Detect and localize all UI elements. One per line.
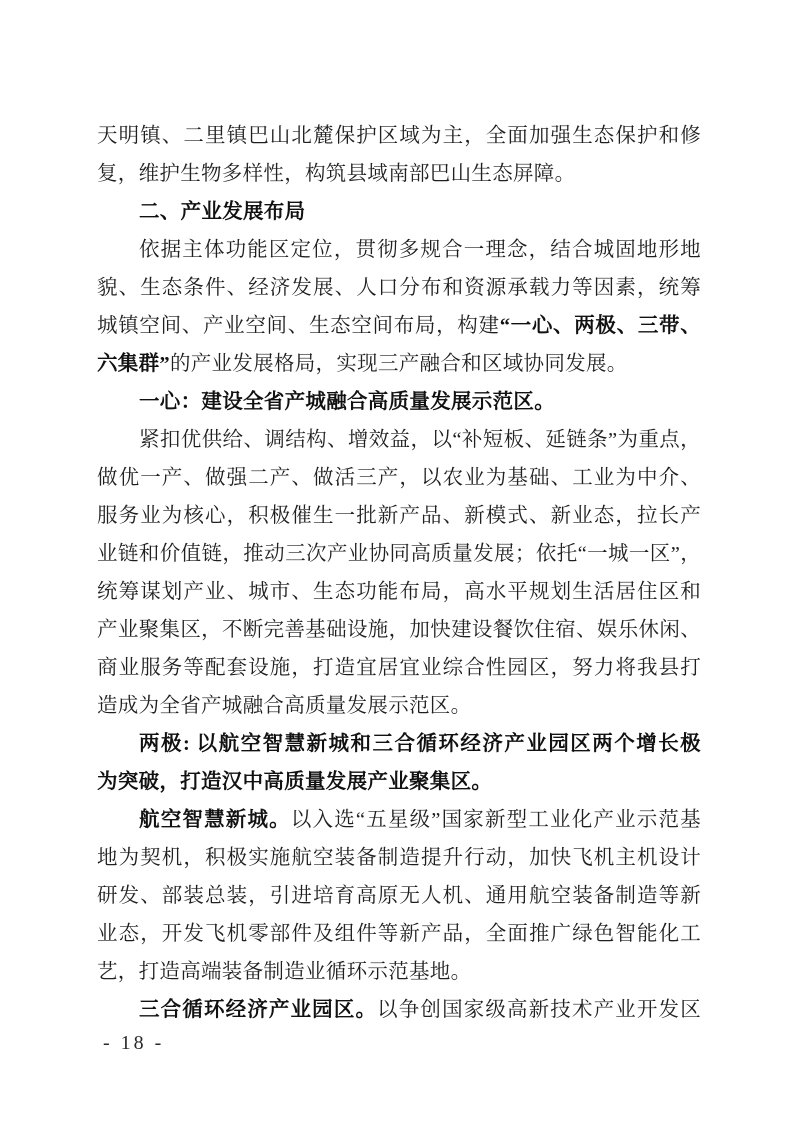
text-segment: 做优一产、做强二产、做活三产，以农业为基础、工业为中介、 [97, 467, 701, 489]
bold-text-segment: 二、产业发展布局 [139, 201, 305, 223]
text-line: 复，维护生物多样性，构筑县域南部巴山生态屏障。 [97, 155, 701, 193]
page-number: - 18 - [103, 1029, 164, 1057]
text-line: 航空智慧新城。以入选“五星级”国家新型工业化产业示范基 [97, 801, 701, 839]
text-segment: 的产业发展格局，实现三产融合和区域协同发展。 [170, 353, 628, 375]
bold-text-segment: 六集群” [97, 353, 170, 375]
text-line: 为突破，打造汉中高质量发展产业聚集区。 [97, 763, 701, 801]
text-line: 紧扣优供给、调结构、增效益，以“补短板、延链条”为重点， [97, 421, 701, 459]
text-segment: 城镇空间、产业空间、生态空间布局，构建 [97, 315, 500, 337]
text-line: 一心：建设全省产城融合高质量发展示范区。 [97, 383, 701, 421]
text-segment: 业链和价值链，推动三次产业协同高质量发展；依托“一城一区”， [97, 543, 701, 565]
text-segment: 统筹谋划产业、城市、生态功能布局，高水平规划生活居住区和 [97, 581, 701, 603]
text-segment: 以入选“五星级”国家新型工业化产业示范基 [291, 809, 701, 831]
text-segment: 商业服务等配套设施，打造宜居宜业综合性园区，努力将我县打 [97, 657, 701, 679]
text-line: 三合循环经济产业园区。以争创国家级高新技术产业开发区 [97, 991, 701, 1029]
text-segment: 产业聚集区，不断完善基础设施，加快建设餐饮住宿、娱乐休闲、 [97, 619, 701, 641]
text-line: 服务业为核心，积极催生一批新产品、新模式、新业态，拉长产 [97, 497, 701, 535]
text-line: 两极: 以航空智慧新城和三合循环经济产业园区两个增长极 [97, 725, 701, 763]
text-segment: 地为契机，积极实施航空装备制造提升行动，加快飞机主机设计 [97, 847, 701, 869]
text-segment: 造成为全省产城融合高质量发展示范区。 [97, 695, 471, 717]
text-line: 地为契机，积极实施航空装备制造提升行动，加快飞机主机设计 [97, 839, 701, 877]
text-line: 城镇空间、产业空间、生态空间布局，构建“一心、两极、三带、 [97, 307, 701, 345]
text-line: 业态，开发飞机零部件及组件等新产品，全面推广绿色智能化工 [97, 915, 701, 953]
text-line: 二、产业发展布局 [97, 193, 701, 231]
text-segment: 研发、部装总装，引进培育高原无人机、通用航空装备制造等新 [97, 885, 701, 907]
text-line: 天明镇、二里镇巴山北麓保护区域为主，全面加强生态保护和修 [97, 117, 701, 155]
document-page: 天明镇、二里镇巴山北麓保护区域为主，全面加强生态保护和修复，维护生物多样性，构筑… [0, 0, 793, 1122]
text-segment: 服务业为核心，积极催生一批新产品、新模式、新业态，拉长产 [97, 505, 701, 527]
text-line: 研发、部装总装，引进培育高原无人机、通用航空装备制造等新 [97, 877, 701, 915]
text-segment: 以争创国家级高新技术产业开发区 [377, 999, 701, 1021]
text-segment: 艺，打造高端装备制造业循环示范基地。 [97, 961, 471, 983]
text-segment: 复，维护生物多样性，构筑县域南部巴山生态屏障。 [97, 163, 575, 185]
text-line: 貌、生态条件、经济发展、人口分布和资源承载力等因素，统筹 [97, 269, 701, 307]
text-line: 统筹谋划产业、城市、生态功能布局，高水平规划生活居住区和 [97, 573, 701, 611]
bold-text-segment: “一心、两极、三带、 [500, 315, 701, 337]
text-line: 商业服务等配套设施，打造宜居宜业综合性园区，努力将我县打 [97, 649, 701, 687]
text-line: 依据主体功能区定位，贯彻多规合一理念，结合城固地形地 [97, 231, 701, 269]
text-line: 造成为全省产城融合高质量发展示范区。 [97, 687, 701, 725]
bold-text-segment: 一心：建设全省产城融合高质量发展示范区。 [139, 391, 555, 413]
text-line: 业链和价值链，推动三次产业协同高质量发展；依托“一城一区”， [97, 535, 701, 573]
bold-text-segment: 为突破，打造汉中高质量发展产业聚集区。 [97, 771, 492, 793]
text-segment: 貌、生态条件、经济发展、人口分布和资源承载力等因素，统筹 [97, 277, 701, 299]
text-line: 产业聚集区，不断完善基础设施，加快建设餐饮住宿、娱乐休闲、 [97, 611, 701, 649]
text-segment: 紧扣优供给、调结构、增效益，以“补短板、延链条”为重点， [139, 429, 701, 451]
bold-text-segment: 三合循环经济产业园区。 [139, 999, 377, 1021]
text-line: 六集群”的产业发展格局，实现三产融合和区域协同发展。 [97, 345, 701, 383]
text-line: 艺，打造高端装备制造业循环示范基地。 [97, 953, 701, 991]
text-segment: 依据主体功能区定位，贯彻多规合一理念，结合城固地形地 [139, 239, 701, 261]
text-line: 做优一产、做强二产、做活三产，以农业为基础、工业为中介、 [97, 459, 701, 497]
document-body: 天明镇、二里镇巴山北麓保护区域为主，全面加强生态保护和修复，维护生物多样性，构筑… [97, 117, 701, 1029]
bold-text-segment: 两极: 以航空智慧新城和三合循环经济产业园区两个增长极 [139, 733, 701, 755]
bold-text-segment: 航空智慧新城。 [139, 809, 291, 831]
text-segment: 天明镇、二里镇巴山北麓保护区域为主，全面加强生态保护和修 [97, 125, 701, 147]
text-segment: 业态，开发飞机零部件及组件等新产品，全面推广绿色智能化工 [97, 923, 701, 945]
